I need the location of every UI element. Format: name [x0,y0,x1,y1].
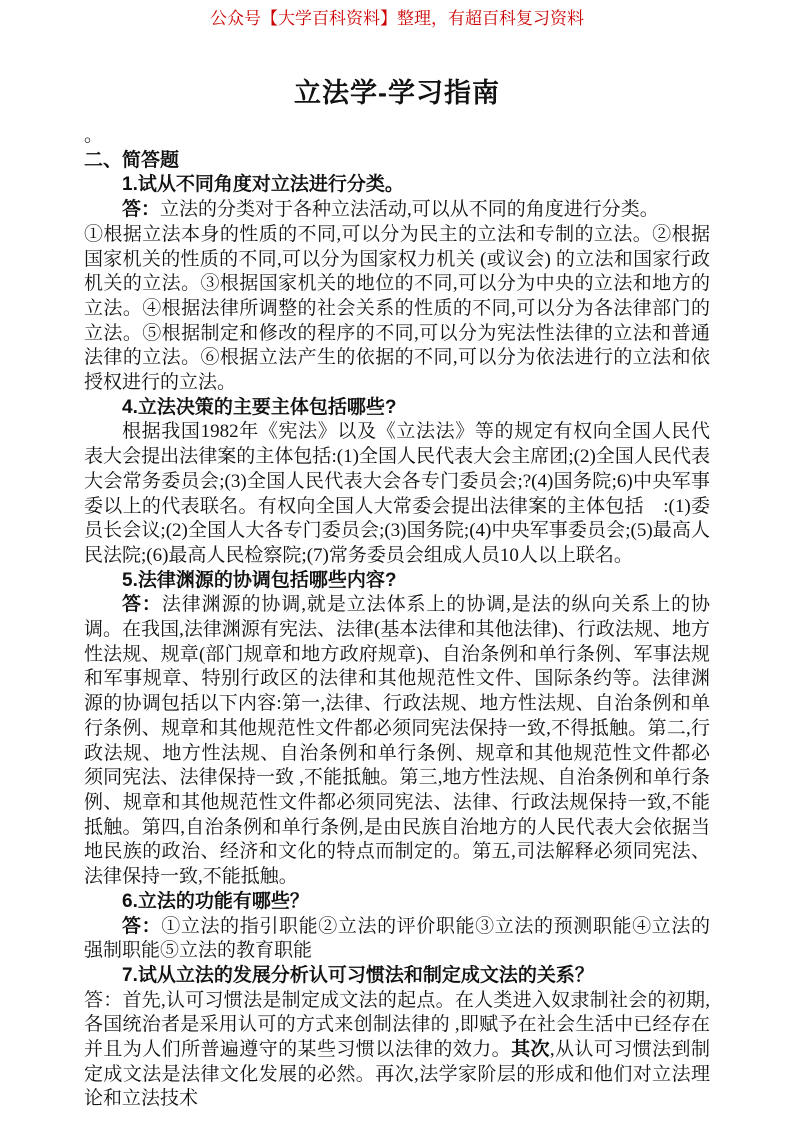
question-heading: 1.试从不同角度对立法进行分类。 [84,173,710,198]
text-run: 其次 [511,1039,550,1060]
text-run: ①根据立法本身的性质的不同,可以分为民主的立法和专制的立法。②根据国家机关的性质… [84,224,710,393]
paragraph: ①根据立法本身的性质的不同,可以分为民主的立法和专制的立法。②根据国家机关的性质… [84,223,710,396]
question-heading: 7.试从立法的发展分析认可习惯法和制定成文法的关系？ [84,964,710,989]
paragraph: 二、简答题 [84,149,710,174]
page-title: 立法学-学习指南 [84,77,710,109]
paragraph: 答：首先,认可习惯法是制定成文法的起点。在人类进入奴隶制社会的初期,各国统治者是… [84,989,710,1113]
text-run: 根据我国1982年《宪法》以及《立法法》等的规定有权向全国人民代表大会提出法律案… [84,421,710,566]
text-run: 7.试从立法的发展分析认可习惯法和制定成文法的关系？ [122,965,594,986]
text-run: 二、简答题 [84,150,179,171]
paragraph: 答：立法的分类对于各种立法活动,可以从不同的角度进行分类。 [84,198,710,223]
document-page: 公众号【大学百科资料】整理，有超百科复习资料 立法学-学习指南 。二、简答题1.… [0,0,793,1122]
text-run: 1.试从不同角度对立法进行分类。 [122,174,404,195]
text-run: 答： [122,199,160,220]
paragraph: 答：①立法的指引职能②立法的评价职能③立法的预测职能④立法的强制职能⑤立法的教育… [84,915,710,964]
paragraph: 根据我国1982年《宪法》以及《立法法》等的规定有权向全国人民代表大会提出法律案… [84,420,710,568]
text-run: 6.立法的功能有哪些？ [122,891,309,912]
text-run: 答： [122,916,161,937]
paragraph: 。 [84,124,710,149]
watermark-header: 公众号【大学百科资料】整理，有超百科复习资料 [84,8,710,30]
text-run: ①立法的指引职能②立法的评价职能③立法的预测职能④立法的强制职能⑤立法的教育职能 [84,916,710,962]
question-heading: 6.立法的功能有哪些？ [84,890,710,915]
paragraph: 答：法律渊源的协调,就是立法体系上的协调,是法的纵向关系上的协调。在我国,法律渊… [84,593,710,889]
text-run: 答： [122,594,162,615]
text-run: 4.立法决策的主要主体包括哪些? [122,397,396,418]
document-body: 。二、简答题1.试从不同角度对立法进行分类。答：立法的分类对于各种立法活动,可以… [84,124,710,1112]
text-run: 。 [84,125,103,146]
text-run: 法律渊源的协调,就是立法体系上的协调,是法的纵向关系上的协调。在我国,法律渊源有… [84,594,710,887]
question-heading: 4.立法决策的主要主体包括哪些? [84,396,710,421]
question-heading: 5.法律渊源的协调包括哪些内容? [84,569,710,594]
text-run: 立法的分类对于各种立法活动,可以从不同的角度进行分类。 [160,199,659,220]
text-run: 5.法律渊源的协调包括哪些内容? [122,570,396,591]
